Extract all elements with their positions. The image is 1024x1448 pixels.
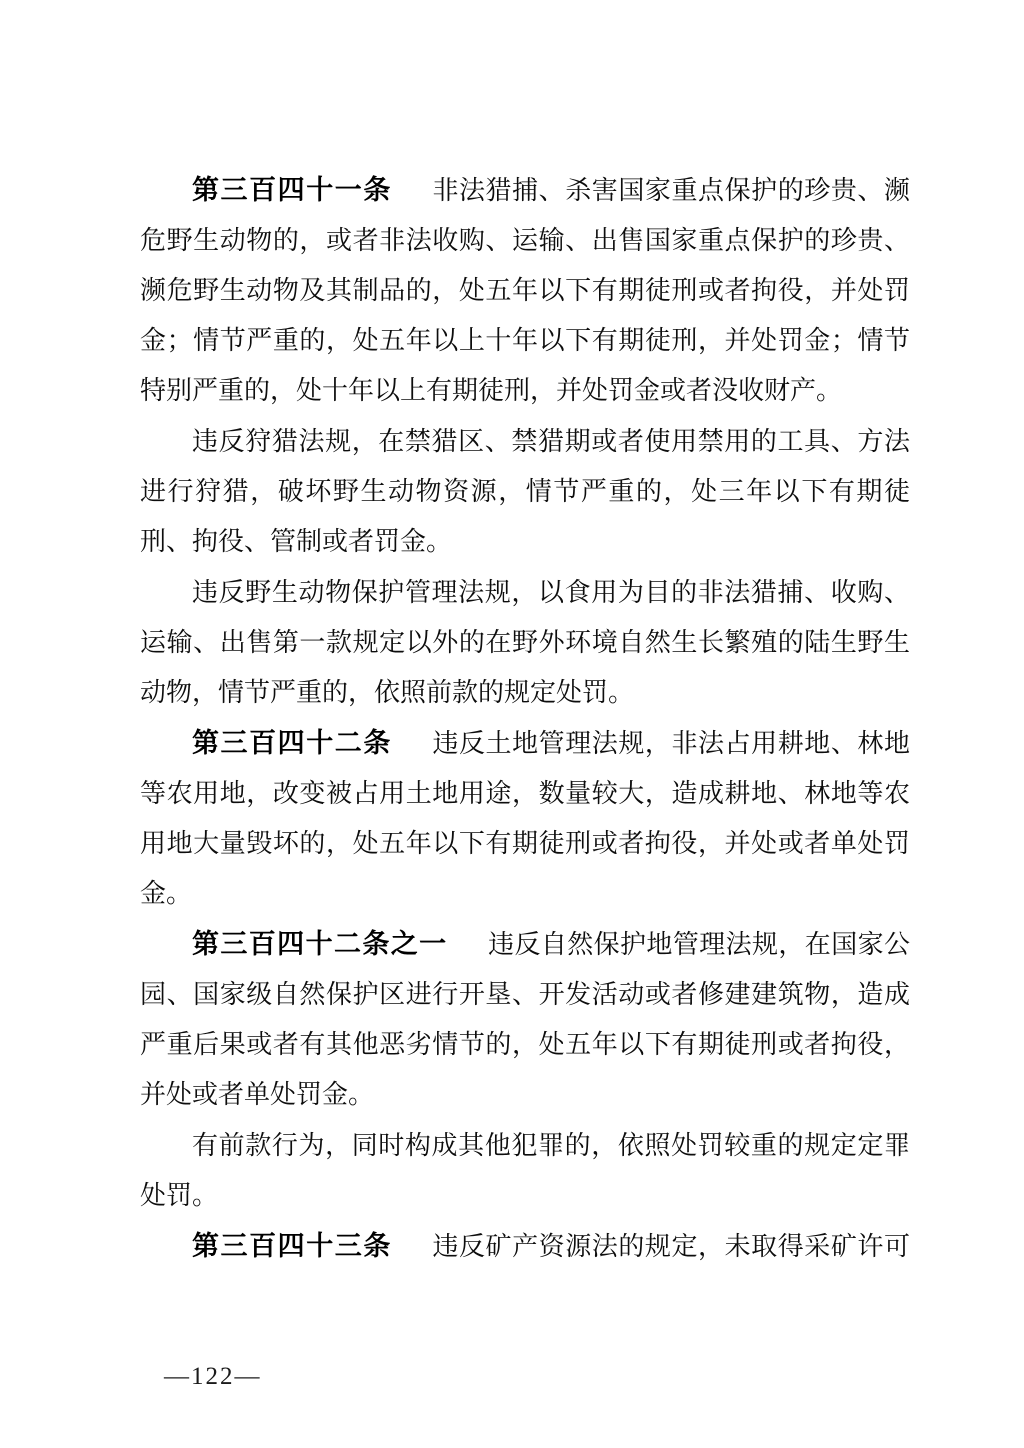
law-article-paragraph: 违反狩猎法规，在禁猎区、禁猎期或者使用禁用的工具、方法进行狩猎，破坏野生动物资源…	[140, 416, 910, 567]
law-article-paragraph: 第三百四十一条非法猎捕、杀害国家重点保护的珍贵、濒危野生动物的，或者非法收购、运…	[140, 165, 910, 416]
article-number-heading: 第三百四十三条	[192, 1231, 392, 1261]
article-number-heading: 第三百四十二条	[192, 728, 392, 758]
article-body-text: 违反狩猎法规，在禁猎区、禁猎期或者使用禁用的工具、方法进行狩猎，破坏野生动物资源…	[140, 427, 910, 556]
article-body-text: 违反矿产资源法的规定，未取得采矿许可	[432, 1232, 910, 1261]
law-article-paragraph: 第三百四十三条违反矿产资源法的规定，未取得采矿许可	[140, 1221, 910, 1272]
article-body-text: 有前款行为，同时构成其他犯罪的，依照处罚较重的规定定罪处罚。	[140, 1131, 910, 1210]
law-article-paragraph: 第三百四十二条违反土地管理法规，非法占用耕地、林地等农用地，改变被占用土地用途，…	[140, 718, 910, 919]
article-body-text: 非法猎捕、杀害国家重点保护的珍贵、濒危野生动物的，或者非法收购、运输、出售国家重…	[140, 176, 910, 405]
article-number-heading: 第三百四十一条	[192, 175, 392, 205]
article-number-heading: 第三百四十二条之一	[192, 929, 448, 959]
page-number: —122—	[164, 1363, 262, 1391]
document-page: 第三百四十一条非法猎捕、杀害国家重点保护的珍贵、濒危野生动物的，或者非法收购、运…	[0, 0, 1024, 1448]
law-article-paragraph: 有前款行为，同时构成其他犯罪的，依照处罚较重的规定定罪处罚。	[140, 1120, 910, 1221]
law-article-paragraph: 违反野生动物保护管理法规，以食用为目的非法猎捕、收购、运输、出售第一款规定以外的…	[140, 567, 910, 718]
law-text-block: 第三百四十一条非法猎捕、杀害国家重点保护的珍贵、濒危野生动物的，或者非法收购、运…	[140, 165, 910, 1272]
article-body-text: 违反野生动物保护管理法规，以食用为目的非法猎捕、收购、运输、出售第一款规定以外的…	[140, 578, 910, 707]
law-article-paragraph: 第三百四十二条之一违反自然保护地管理法规，在国家公园、国家级自然保护区进行开垦、…	[140, 919, 910, 1120]
